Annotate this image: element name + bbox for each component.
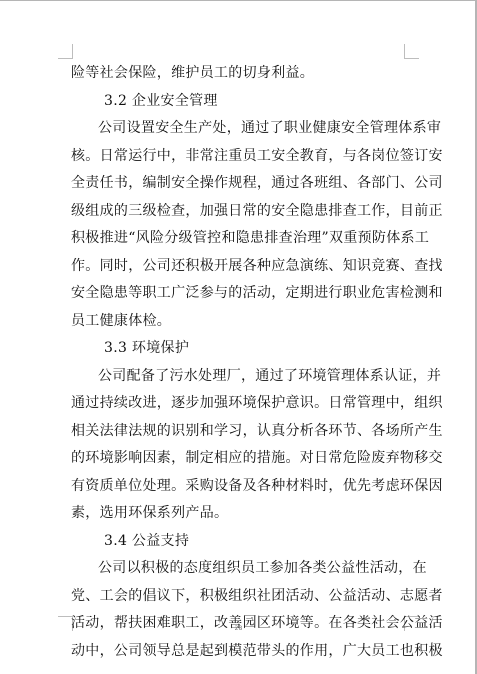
section-heading-3-2: 3.2 企业安全管理 <box>71 88 407 116</box>
section-heading-3-3: 3.3 环境保护 <box>71 335 407 363</box>
paragraph-line: 党、工会的倡议下，积极组织社团活动、公益活动、志愿者 <box>71 583 407 611</box>
paragraph-line: 公司设置安全生产处，通过了职业健康安全管理体系审 <box>71 115 407 143</box>
page-border-top <box>0 0 477 1</box>
document-body: 险等社会保险，维护员工的切身利益。 3.2 企业安全管理 公司设置安全生产处，通… <box>71 60 407 665</box>
page-number: 28 <box>0 625 477 632</box>
paragraph-line: 素，选用环保系列产品。 <box>71 500 407 528</box>
paragraph-line: 作。同时，公司还积极开展各种应急演练、知识竞赛、查找 <box>71 253 407 281</box>
paragraph-line: 险等社会保险，维护员工的切身利益。 <box>71 60 407 88</box>
section-heading-3-4: 3.4 公益支持 <box>71 528 407 556</box>
paragraph-line: 通过持续改进，逐步加强环境保护意识。日常管理中，组织 <box>71 390 407 418</box>
paragraph-line: 全责任书，编制安全操作规程，通过各班组、各部门、公司 <box>71 170 407 198</box>
paragraph-line: 积极推进“风险分级管控和隐患排查治理”双重预防体系工 <box>71 225 407 253</box>
paragraph-line: 活动，帮扶困难职工，改善园区环境等。在各类社会公益活 <box>71 610 407 638</box>
margin-corner-mark-top-right <box>404 44 419 59</box>
paragraph-line: 动中，公司领导总是起到模范带头的作用，广大员工也积极 <box>71 638 407 666</box>
paragraph-line: 公司配备了污水处理厂，通过了环境管理体系认证，并 <box>71 363 407 391</box>
paragraph-line: 的环境影响因素，制定相应的措施。对日常危险废弃物移交 <box>71 445 407 473</box>
paragraph-line: 相关法律法规的识别和学习，认真分析各环节、各场所产生 <box>71 418 407 446</box>
paragraph-line: 安全隐患等职工广泛参与的活动，定期进行职业危害检测和 <box>71 280 407 308</box>
paragraph-line: 核。日常运行中，非常注重员工安全教育，与各岗位签订安 <box>71 143 407 171</box>
paragraph-line: 级组成的三级检查，加强日常的安全隐患排查工作，目前正 <box>71 198 407 226</box>
paragraph-line: 公司以积极的态度组织员工参加各类公益性活动，在 <box>71 555 407 583</box>
paragraph-line: 员工健康体检。 <box>71 308 407 336</box>
margin-corner-mark-top-left <box>58 44 73 59</box>
paragraph-line: 有资质单位处理。采购设备及各种材料时，优先考虑环保因 <box>71 473 407 501</box>
